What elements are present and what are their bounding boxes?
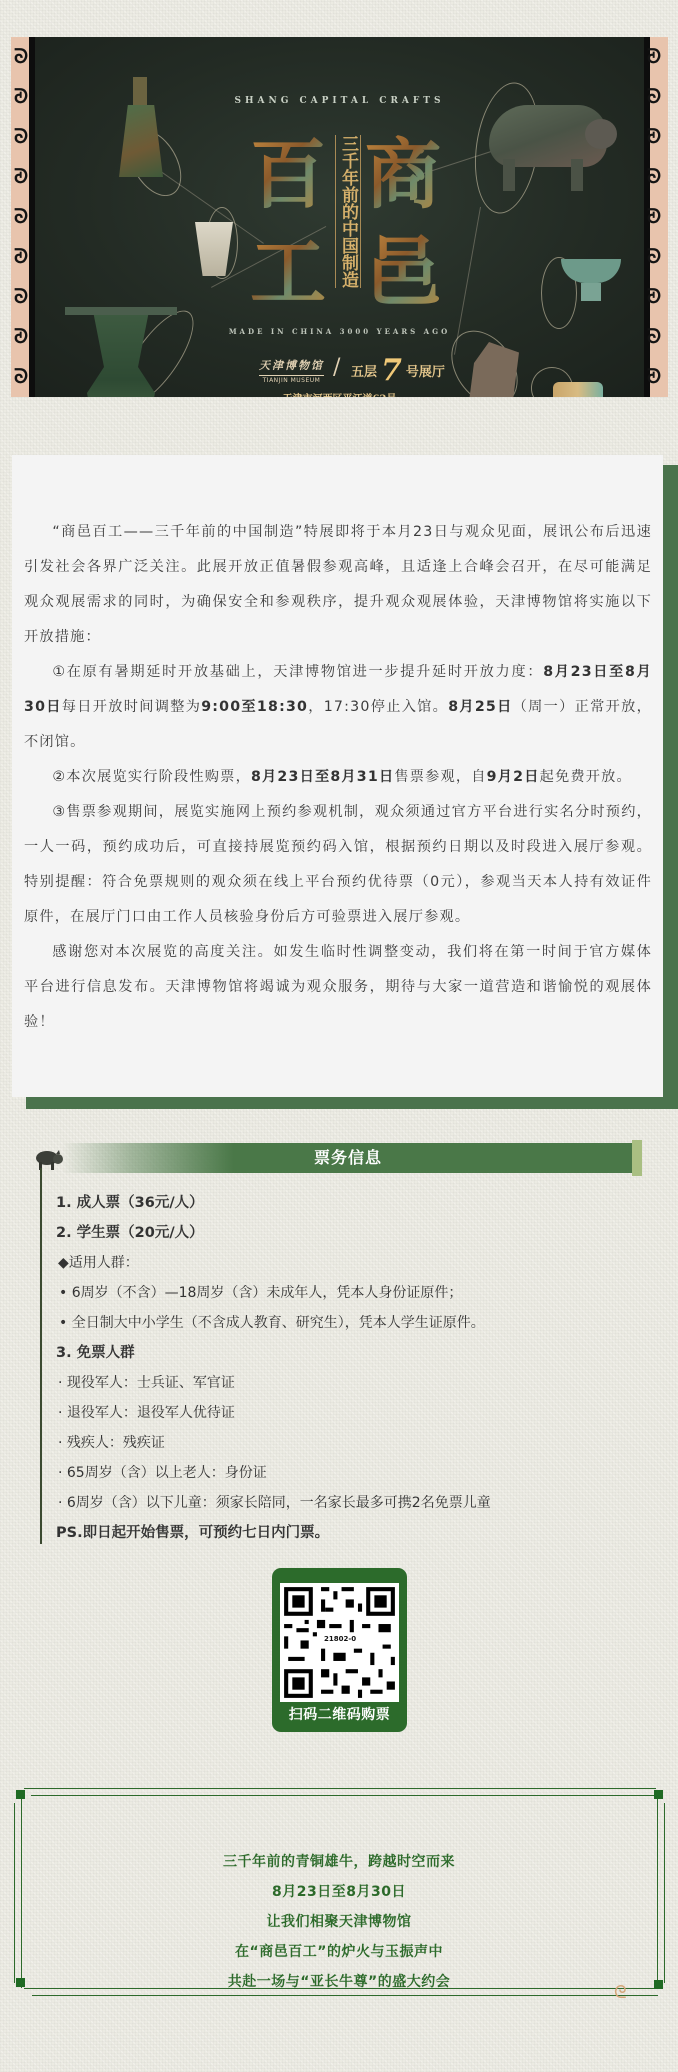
ticket-student: 2. 学生票（20元/人） [56,1218,656,1248]
eligible-students: • 全日制大中小学生（不含成人教育、研究生），凭本人学生证原件。 [56,1308,656,1338]
notice-paragraph-reservation: ③售票参观期间，展览实施网上预约参观机制，观众须通过官方平台进行实名分时预约，一… [24,795,652,935]
closing-line-5: 共赴一场与“亚长牛尊”的盛大约会 [0,1967,678,1997]
cloud-pattern-border-left: ᘐ ᘑ ᘐ ᘑ ᘐ ᘑ ᘐ ᘑ ᘐ [11,37,35,397]
bronze-dou-dish-image [561,259,621,309]
english-title: SHANG CAPITAL CRAFTS [11,96,668,106]
english-subtitle: MADE IN CHINA 3000 YEARS AGO [11,327,668,336]
qr-code[interactable]: 21802-0 [280,1583,399,1702]
ticket-info-list: 1. 成人票（36元/人） 2. 学生票（20元/人） ◆适用人群： • 6周岁… [56,1188,656,1548]
title-char-bai: 百 [248,135,328,215]
ticket-section-title: 票务信息 [62,1143,634,1173]
cloud-pattern-border-right: ᘑ ᘐ ᘑ ᘐ ᘑ ᘐ ᘑ ᘐ ᘑ [644,37,668,397]
notice-body: “商邑百工——三千年前的中国制造”特展即将于本月23日与观众见面，展讯公布后迅速… [12,455,663,1097]
closing-line-4: 在“商邑百工”的炉火与玉振声中 [0,1937,678,1967]
notice-text: “商邑百工——三千年前的中国制造”特展即将于本月23日与观众见面，展讯公布后迅速… [24,515,652,1040]
free-active-military: · 现役军人：士兵证、军官证 [56,1368,656,1398]
closing-line-2: 8月23日至8月30日 [0,1877,678,1907]
exhibition-banner: ᘐ ᘑ ᘐ ᘑ ᘐ ᘑ ᘐ ᘑ ᘐ ᘑ ᘐ ᘑ ᘐ ᘑ ᘐ ᘑ ᘐ ᘑ [11,37,668,397]
notice-card: “商邑百工——三千年前的中国制造”特展即将于本月23日与观众见面，展讯公布后迅速… [12,455,665,1109]
bronze-zun-vessel-image [65,307,177,397]
hall-suffix: 号展厅 [406,365,445,380]
hall-floor: 五层 [351,365,377,380]
free-veterans: · 退役军人：退役军人优待证 [56,1398,656,1428]
free-disabled: · 残疾人：残疾证 [56,1428,656,1458]
free-seniors: · 65周岁（含）以上老人：身份证 [56,1458,656,1488]
notice-paragraph-thanks: 感谢您对本次展览的高度关注。如发生临时性调整变动，我们将在第一时间于官方媒体平台… [24,935,652,1040]
hall-location: 五层7号展厅 [351,353,445,388]
notice-paragraph-intro: “商邑百工——三千年前的中国制造”特展即将于本月23日与观众见面，展讯公布后迅速… [24,515,652,655]
title-char-shang: 商 [363,135,443,215]
notice-paragraph-ticketing: ②本次展览实行阶段性购票，8月23日至8月31日售票参观，自9月2日起免费开放。 [24,760,652,795]
ticket-timeline-line [40,1168,42,1544]
bronze-bell-image [119,77,163,177]
bronze-ox-zun-image [489,95,617,195]
museum-name-cn: 天津博物馆 [259,357,324,373]
museum-name-en: TIANJIN MUSEUM [259,375,324,384]
qr-purchase-label: 扫码二维码购票 [272,1704,407,1724]
bronze-ox-icon [34,1149,64,1171]
closing-line-3: 让我们相聚天津博物馆 [0,1907,678,1937]
title-char-gong: 工 [248,233,328,313]
eligible-groups-label: ◆适用人群： [56,1248,656,1278]
hall-number: 7 [381,353,402,388]
closing-message: 三千年前的青铜雄牛，跨越时空而来 8月23日至8月30日 让我们相聚天津博物馆 … [0,1847,678,1997]
closing-line-1: 三千年前的青铜雄牛，跨越时空而来 [0,1847,678,1877]
ticket-adult: 1. 成人票（36元/人） [56,1188,656,1218]
ticket-ps-note: PS.即日起开始售票，可预约七日内门票。 [56,1518,656,1548]
vertical-subtitle: 三千年前的中国制造 [335,135,361,288]
qr-purchase-card[interactable]: 21802-0 扫码二维码购票 [272,1568,407,1732]
free-children: · 6周岁（含）以下儿童：须家长陪同，一名家长最多可携2名免票儿童 [56,1488,656,1518]
museum-logo: 天津博物馆 TIANJIN MUSEUM [259,357,324,384]
title-char-yi: 邑 [363,233,443,313]
free-ticket-heading: 3. 免票人群 [56,1338,656,1368]
divider-slash: / [333,355,340,380]
notice-paragraph-hours: ①在原有暑期延时开放基础上，天津博物馆进一步提升延时开放力度：8月23日至8月3… [24,655,652,760]
cloud-swirl-icon: ᘓ [614,1982,627,2003]
eligible-minors: • 6周岁（不含）—18周岁（含）未成年人，凭本人身份证原件； [56,1278,656,1308]
museum-address: 天津市河西区平江道62号 [11,390,668,397]
qr-code-number: 21802-0 [322,1635,358,1643]
